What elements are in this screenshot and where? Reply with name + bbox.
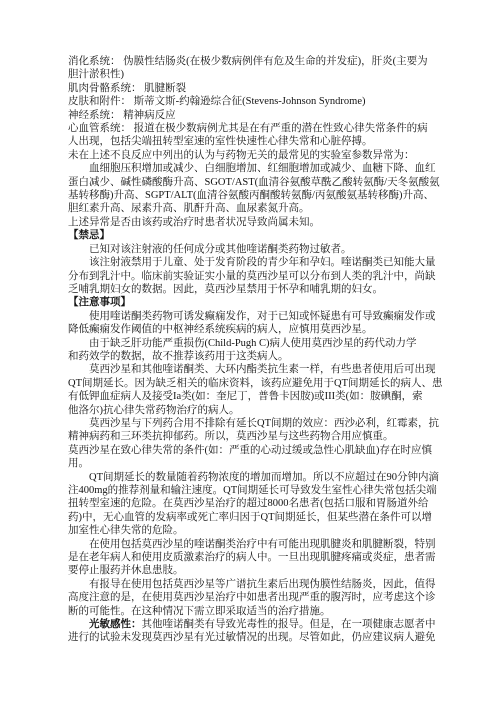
- text-line: 降低癫痫发作阈值的中枢神经系统疾病的病人，应慎用莫西沙星。: [68, 323, 440, 336]
- text-line: 药)中，无心血管的发病率或死亡率归因于QT间期延长，但某些潜在条件可以增: [68, 511, 440, 524]
- text-line: 血细胞压积增加或减少、白细胞增加、红细胞增加或减少、血糖下降、血红: [68, 162, 440, 175]
- text-line: 胆红素升高、尿素升高、肌酐升高、血尿素氮升高。: [68, 202, 440, 215]
- text-line: 莫西沙星和其他喹诺酮类、大环内酯类抗生素一样，有些患者使用后可出现: [68, 363, 440, 376]
- text-line: 在使用包括莫西沙星的喹诺酮类治疗中有可能出现肌腱炎和肌腱断裂，特别: [68, 538, 440, 551]
- section-heading: 【禁忌】: [68, 229, 440, 242]
- text-line: 他洛尔)抗心律失常药物治疗的病人。: [68, 404, 440, 417]
- text-line: 由于缺乏肝功能严重损伤(Child-Pugh C)病人使用莫西沙星的药代动力学: [68, 337, 440, 350]
- text-line: 消化系统： 伪膜性结肠炎(在极少数病例伴有危及生命的并发症)，肝炎(主要为: [68, 55, 440, 68]
- section-heading: 【注意事项】: [68, 296, 440, 309]
- text-line: QT间期延长。因为缺乏相关的临床资料，该药应避免用于QT间期延长的病人、患: [68, 377, 440, 390]
- text-line: 已知对该注射液的任何成分或其他喹诺酮类药物过敏者。: [68, 243, 440, 256]
- text-line: 心血管系统： 报道在极少数病例尤其是在有严重的潜在性致心律失常条件的病: [68, 122, 440, 135]
- text-line: 胆汁淤积性): [68, 68, 440, 81]
- text-line: 有低钾血症病人及接受Ia类(如：奎尼丁，普鲁卡因胺)或III类(如：胺碘酮，索: [68, 390, 440, 403]
- text-line: 使用喹诺酮类药物可诱发癫痫发作，对于已知或怀疑患有可导致癫痫发作或: [68, 310, 440, 323]
- text-line: 分布到乳汁中。临床前实验证实小量的莫西沙星可以分布到人类的乳汁中，尚缺: [68, 270, 440, 283]
- text-line: 蛋白减少、碱性磷酸酶升高、SGOT/AST(血清谷氨酸草酰乙酸转氨酶/天冬氨酸氨: [68, 176, 440, 189]
- text-line: 注400mg的推荐剂量和输注速度。QT间期延长可导致发生室性心律失常包括尖端: [68, 484, 440, 497]
- line-bold-prefix: 光敏感性：: [89, 619, 142, 630]
- text-line: 上述异常是否由该药或治疗时患者状况导致尚属未知。: [68, 216, 440, 229]
- document-body: 消化系统： 伪膜性结肠炎(在极少数病例伴有危及生命的并发症)，肝炎(主要为胆汁淤…: [68, 55, 440, 645]
- text-line: 莫西沙星与下列药合用不排除有延长QT间期的效应：西沙必利，红霉素，抗: [68, 417, 440, 430]
- text-line: 是在老年病人和使用皮质激素治疗的病人中。一旦出现肌腱疼痛或炎症，患者需: [68, 551, 440, 564]
- text-line: 未在上述不良反应中列出的认为与药物无关的最常见的实验室参数异常为：: [68, 149, 440, 162]
- text-line: 人出现，包括尖端扭转型室速的室性快速性心律失常和心脏停搏。: [68, 135, 440, 148]
- text-line: 该注射液禁用于儿童、处于发育阶段的青少年和孕妇。喹诺酮类已知能大量: [68, 256, 440, 269]
- text-line: 肌肉骨骼系统： 肌腱断裂: [68, 82, 440, 95]
- text-line: 进行的试验未发现莫西沙星有光过敏情况的出现。尽管如此，仍应建议病人避免: [68, 631, 440, 644]
- text-line: 和药效学的数据，故不推荐该药用于这类病人。: [68, 350, 440, 363]
- text-line: QT间期延长的数量随着药物浓度的增加而增加。所以不应超过在90分钟内滴: [68, 471, 440, 484]
- text-line: 要停止服药并休息患肢。: [68, 564, 440, 577]
- text-line: 精神病药和三环类抗抑郁药。所以，莫西沙星与这些药物合用应慎重。: [68, 430, 440, 443]
- text-line: 莫西沙星在致心律失常的条件(如：严重的心动过缓或急性心肌缺血)存在时应慎: [68, 444, 440, 457]
- text-line: 有报导在使用包括莫西沙星等广谱抗生素后出现伪膜性结肠炎，因此，值得: [68, 578, 440, 591]
- text-line: 加室性心律失常的危险。: [68, 524, 440, 537]
- text-line: 扭转型室速的危险。在莫西沙星治疗的超过8000名患者(包括口服和胃肠道外给: [68, 497, 440, 510]
- text-line: 皮肤和附件： 斯蒂文斯-约翰逊综合征(Stevens-Johnson Syndr…: [68, 95, 440, 108]
- text-line: 乏哺乳期妇女的数据。因此，莫西沙星禁用于怀孕和哺乳期的妇女。: [68, 283, 440, 296]
- text-line: 光敏感性：其他喹诺酮类有导致光毒性的报导。但是，在一项健康志愿者中: [68, 618, 440, 631]
- document-page: 消化系统： 伪膜性结肠炎(在极少数病例伴有危及生命的并发症)，肝炎(主要为胆汁淤…: [0, 0, 500, 707]
- text-line: 断的可能性。在这种情况下需立即采取适当的治疗措施。: [68, 605, 440, 618]
- text-line: 神经系统： 精神病反应: [68, 109, 440, 122]
- text-line: 用。: [68, 457, 440, 470]
- text-line: 基转移酶)升高、SGPT/ALT(血清谷氨酸丙酮酸转氨酶/丙氨酸氨基转移酶)升高…: [68, 189, 440, 202]
- text-line: 高度注意的是，在使用莫西沙星治疗中如患者出现严重的腹泻时，应考虑这个诊: [68, 591, 440, 604]
